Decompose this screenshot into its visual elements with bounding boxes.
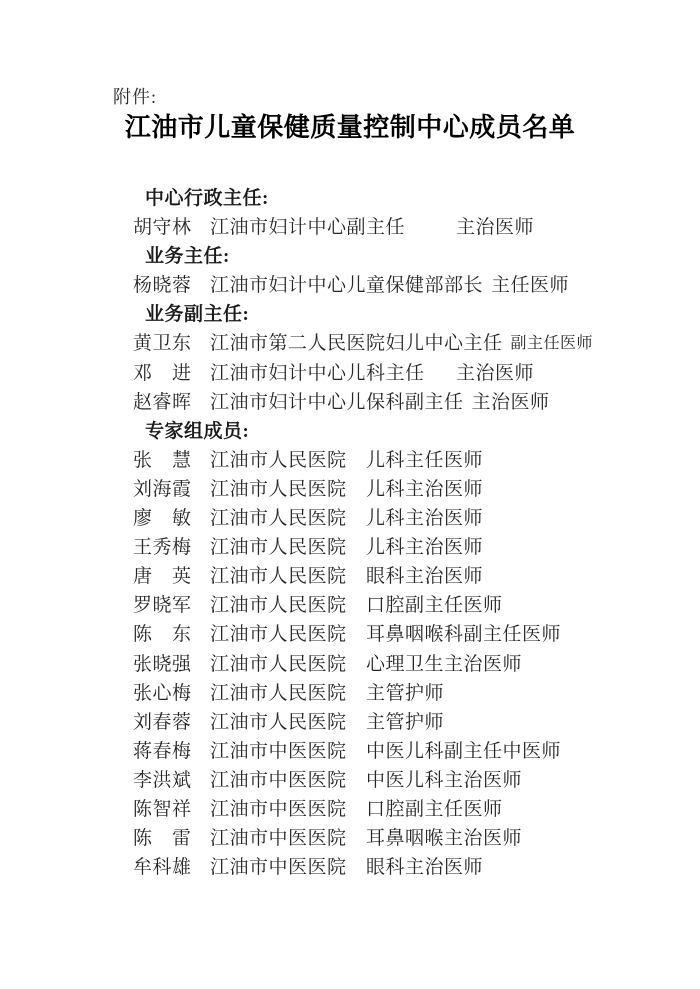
document-page: 附件: 江油市儿童保健质量控制中心成员名单 中心行政主任: 胡守林 江油市妇计中…: [0, 0, 700, 989]
member-title: 耳鼻咽喉科副主任医师: [366, 620, 561, 649]
member-row: 王秀梅 江油市人民医院 儿科主治医师: [0, 533, 700, 562]
page-title: 江油市儿童保健质量控制中心成员名单: [0, 110, 700, 146]
member-name: 刘春蓉: [133, 708, 210, 737]
member-position: 江油市人民医院: [210, 562, 366, 591]
attachment-label: 附件:: [0, 86, 700, 108]
member-row: 陈智祥 江油市中医医院 口腔副主任医师: [0, 795, 700, 824]
member-title: 儿科主治医师: [366, 533, 483, 562]
member-position: 江油市中医医院: [210, 737, 366, 766]
member-position: 江油市中医医院: [210, 824, 366, 853]
member-row: 李洪斌 江油市中医医院 中医儿科主治医师: [0, 766, 700, 795]
member-row: 刘春蓉 江油市人民医院 主管护师: [0, 708, 700, 737]
member-title: 主治医师: [456, 213, 534, 242]
member-name: 陈 雷: [133, 824, 210, 853]
member-position: 江油市中医医院: [210, 853, 366, 882]
member-position: 江油市妇计中心副主任: [210, 213, 456, 242]
member-name: 陈智祥: [133, 795, 210, 824]
section-rows: 黄卫东 江油市第二人民医院妇儿中心主任 副主任医师 邓 进 江油市妇计中心儿科主…: [0, 329, 700, 416]
member-name: 牟科雄: [133, 853, 210, 882]
member-position: 江油市人民医院: [210, 620, 366, 649]
member-title: 心理卫生主治医师: [366, 650, 522, 679]
member-name: 罗晓军: [133, 591, 210, 620]
member-name: 黄卫东: [133, 329, 210, 358]
member-position: 江油市人民医院: [210, 650, 366, 679]
section: 专家组成员: 张 慧 江油市人民医院 儿科主任医师 刘海霞 江油市人民医院 儿科…: [0, 417, 700, 883]
member-title: 儿科主治医师: [366, 475, 483, 504]
section: 中心行政主任: 胡守林 江油市妇计中心副主任 主治医师: [0, 184, 700, 242]
member-name: 张晓强: [133, 650, 210, 679]
member-position: 江油市妇计中心儿保科副主任: [210, 388, 472, 417]
member-title: 副主任医师: [511, 329, 594, 358]
member-row: 陈 东 江油市人民医院 耳鼻咽喉科副主任医师: [0, 620, 700, 649]
member-position: 江油市人民医院: [210, 475, 366, 504]
member-title: 儿科主治医师: [366, 504, 483, 533]
section-rows: 胡守林 江油市妇计中心副主任 主治医师: [0, 213, 700, 242]
member-row: 张心梅 江油市人民医院 主管护师: [0, 679, 700, 708]
member-title: 主管护师: [366, 708, 444, 737]
section-header: 专家组成员:: [0, 417, 700, 446]
member-position: 江油市妇计中心儿童保健部部长: [210, 271, 491, 300]
section-rows: 杨晓蓉 江油市妇计中心儿童保健部部长 主任医师: [0, 271, 700, 300]
member-row: 胡守林 江油市妇计中心副主任 主治医师: [0, 213, 700, 242]
member-title: 眼科主治医师: [366, 853, 483, 882]
member-title: 中医儿科主治医师: [366, 766, 522, 795]
member-name: 蒋春梅: [133, 737, 210, 766]
member-position: 江油市第二人民医院妇儿中心主任: [210, 329, 511, 358]
member-name: 张心梅: [133, 679, 210, 708]
member-name: 王秀梅: [133, 533, 210, 562]
member-row: 邓 进 江油市妇计中心儿科主任 主治医师: [0, 359, 700, 388]
member-name: 胡守林: [133, 213, 210, 242]
section-header: 业务副主任:: [0, 300, 700, 329]
member-title: 主管护师: [366, 679, 444, 708]
member-position: 江油市妇计中心儿科主任: [210, 359, 456, 388]
member-title: 口腔副主任医师: [366, 795, 503, 824]
member-title: 主任医师: [491, 271, 569, 300]
member-title: 耳鼻咽喉主治医师: [366, 824, 522, 853]
member-row: 黄卫东 江油市第二人民医院妇儿中心主任 副主任医师: [0, 329, 700, 358]
member-row: 牟科雄 江油市中医医院 眼科主治医师: [0, 853, 700, 882]
member-name: 赵睿晖: [133, 388, 210, 417]
member-row: 杨晓蓉 江油市妇计中心儿童保健部部长 主任医师: [0, 271, 700, 300]
member-title: 眼科主治医师: [366, 562, 483, 591]
member-row: 刘海霞 江油市人民医院 儿科主治医师: [0, 475, 700, 504]
member-row: 张晓强 江油市人民医院 心理卫生主治医师: [0, 650, 700, 679]
member-row: 廖 敏 江油市人民医院 儿科主治医师: [0, 504, 700, 533]
member-title: 主治医师: [472, 388, 550, 417]
member-name: 陈 东: [133, 620, 210, 649]
member-row: 罗晓军 江油市人民医院 口腔副主任医师: [0, 591, 700, 620]
member-position: 江油市中医医院: [210, 795, 366, 824]
section-header: 中心行政主任:: [0, 184, 700, 213]
member-position: 江油市人民医院: [210, 446, 366, 475]
section: 业务主任: 杨晓蓉 江油市妇计中心儿童保健部部长 主任医师: [0, 242, 700, 300]
member-position: 江油市中医医院: [210, 766, 366, 795]
member-title: 口腔副主任医师: [366, 591, 503, 620]
section-header: 业务主任:: [0, 242, 700, 271]
member-name: 唐 英: [133, 562, 210, 591]
member-list: 中心行政主任: 胡守林 江油市妇计中心副主任 主治医师 业务主任: 杨晓蓉 江油…: [0, 184, 700, 882]
member-position: 江油市人民医院: [210, 591, 366, 620]
member-name: 邓 进: [133, 359, 210, 388]
member-row: 赵睿晖 江油市妇计中心儿保科副主任 主治医师: [0, 388, 700, 417]
section: 业务副主任: 黄卫东 江油市第二人民医院妇儿中心主任 副主任医师 邓 进 江油市…: [0, 300, 700, 416]
member-position: 江油市人民医院: [210, 679, 366, 708]
member-title: 中医儿科副主任中医师: [366, 737, 561, 766]
member-title: 主治医师: [456, 359, 534, 388]
section-rows: 张 慧 江油市人民医院 儿科主任医师 刘海霞 江油市人民医院 儿科主治医师 廖 …: [0, 446, 700, 882]
member-row: 蒋春梅 江油市中医医院 中医儿科副主任中医师: [0, 737, 700, 766]
member-title: 儿科主任医师: [366, 446, 483, 475]
member-name: 张 慧: [133, 446, 210, 475]
member-row: 张 慧 江油市人民医院 儿科主任医师: [0, 446, 700, 475]
member-position: 江油市人民医院: [210, 504, 366, 533]
member-row: 唐 英 江油市人民医院 眼科主治医师: [0, 562, 700, 591]
member-position: 江油市人民医院: [210, 708, 366, 737]
member-position: 江油市人民医院: [210, 533, 366, 562]
member-name: 刘海霞: [133, 475, 210, 504]
member-name: 李洪斌: [133, 766, 210, 795]
member-name: 杨晓蓉: [133, 271, 210, 300]
member-row: 陈 雷 江油市中医医院 耳鼻咽喉主治医师: [0, 824, 700, 853]
member-name: 廖 敏: [133, 504, 210, 533]
